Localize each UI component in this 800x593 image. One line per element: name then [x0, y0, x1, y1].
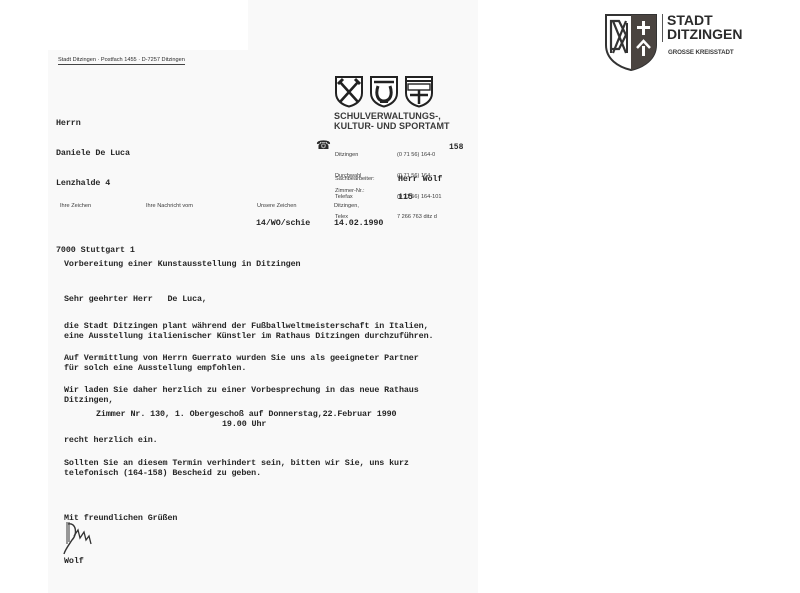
paragraph-1: die Stadt Ditzingen plant während der Fu… — [64, 321, 433, 341]
recipient-street: Lenzhalde 4 — [56, 178, 135, 188]
ref-label-ihre-nachricht: Ihre Nachricht vom — [146, 203, 193, 210]
city-name: STADT DITZINGEN — [667, 13, 742, 41]
appointment-time: 19.00 Uhr — [222, 419, 266, 429]
coat-of-arms-icon — [604, 13, 658, 71]
contact-labels: Ditzingen Durchwahl Telefax Telex — [335, 138, 361, 228]
unsere-zeichen-value: 14/WO/schie — [256, 218, 310, 228]
zimmer-value: 115 — [398, 192, 413, 202]
horseshoe-crest-icon — [369, 75, 399, 108]
appointment-location: Zimmer Nr. 130, 1. Obergeschoß auf Donne… — [96, 409, 396, 419]
handwritten-signature-icon — [62, 520, 102, 556]
paper-blank-margin — [48, 0, 248, 50]
recipient-title: Herrn — [56, 118, 135, 128]
contact-value: (0 71 56) 164-0 — [397, 152, 441, 159]
paragraph-2: Auf Vermittlung von Herrn Guerrato wurde… — [64, 353, 419, 373]
city-subtitle: GROSSE KREISSTADT — [668, 49, 734, 56]
telephone-icon: ☎ — [316, 139, 331, 151]
letter-date: 14.02.1990 — [334, 218, 383, 228]
paragraph-4: recht herzlich ein. — [64, 435, 158, 445]
paragraph-3: Wir laden Sie daher herzlich zu einer Vo… — [64, 385, 419, 405]
zimmer-label: Zimmer-Nr.: — [335, 188, 365, 195]
paragraph-5: Sollten Sie an diesem Termin verhindert … — [64, 458, 409, 478]
ref-label-ihre-zeichen: Ihre Zeichen — [60, 203, 91, 210]
department-name: SCHULVERWALTUNGS-, KULTUR- UND SPORTAMT — [334, 111, 450, 131]
salutation: Sehr geehrter Herr De Luca, — [64, 294, 207, 304]
sachbearbeiter-value: Herr Wolf — [398, 174, 442, 184]
recipient-address: Herrn Daniele De Luca Lenzhalde 4 7000 S… — [56, 98, 135, 265]
department-crests — [334, 75, 434, 108]
signer-name: Wolf — [64, 556, 84, 566]
hammer-and-pick-crest-icon — [334, 75, 364, 108]
contact-value: 7 266 763 ditz d — [397, 214, 441, 221]
return-address: Stadt Ditzingen · Postfach 1455 · D-7257… — [58, 57, 185, 65]
logo-divider — [662, 14, 663, 42]
recipient-city: 7000 Stuttgart 1 — [56, 245, 135, 255]
recipient-name: Daniele De Luca — [56, 148, 135, 158]
contact-label: Ditzingen — [335, 152, 361, 159]
sachbearbeiter-label: Sachbearbeiter: — [335, 176, 375, 183]
ref-label-ort: Ditzingen, — [334, 203, 359, 210]
ref-label-unsere-zeichen: Unsere Zeichen — [257, 203, 297, 210]
durchwahl-extension: 158 — [449, 143, 463, 152]
subject-line: Vorbereitung einer Kunstausstellung in D… — [64, 259, 300, 269]
cross-crest-icon — [404, 75, 434, 108]
